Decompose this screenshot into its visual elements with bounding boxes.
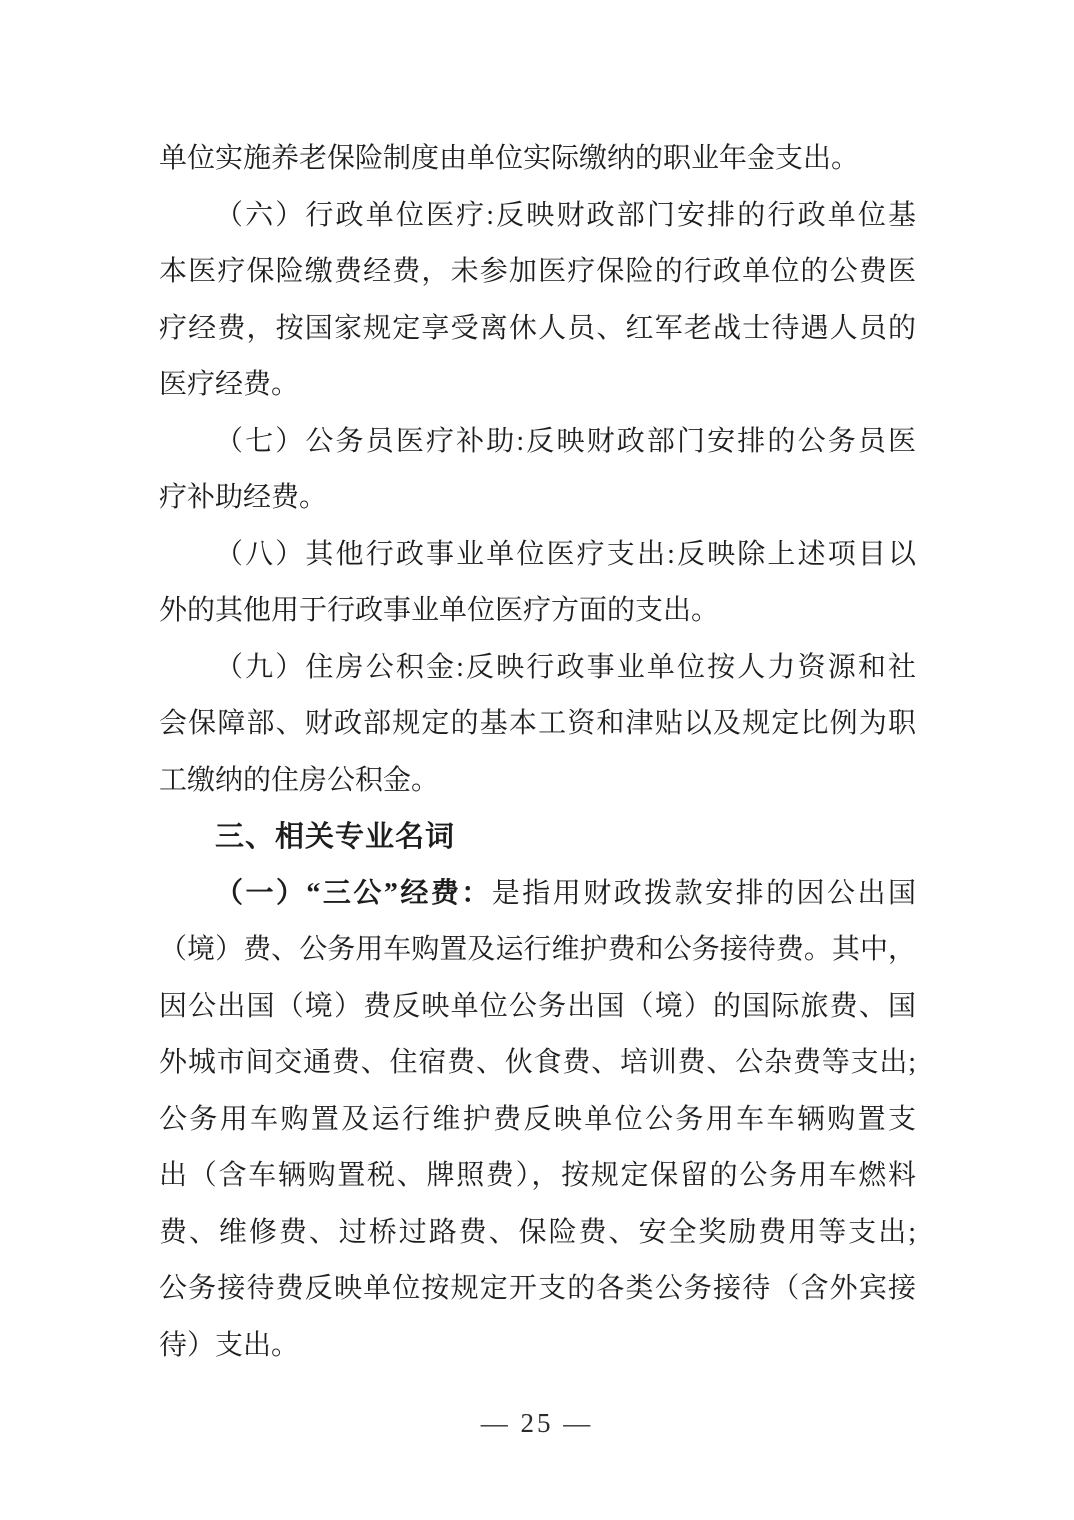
document-body: 单位实施养老保险制度由单位实际缴纳的职业年金支出。（六）行政单位医疗:反映财政部…: [159, 131, 916, 1374]
text-line: 费、维修费、过桥过路费、保险费、安全奖励费用等支出;: [159, 1205, 916, 1262]
text-line: （八）其他行政事业单位医疗支出:反映除上述项目以: [159, 527, 916, 584]
text-line: 出（含车辆购置税、牌照费），按规定保留的公务用车燃料: [159, 1148, 916, 1205]
text-line: 工缴纳的住房公积金。: [159, 753, 916, 810]
text-line: 会保障部、财政部规定的基本工资和津贴以及规定比例为职: [159, 696, 916, 753]
text-line: 单位实施养老保险制度由单位实际缴纳的职业年金支出。: [159, 131, 916, 188]
text-line: 待）支出。: [159, 1318, 916, 1375]
text-line: （境）费、公务用车购置及运行维护费和公务接待费。其中，: [159, 922, 916, 979]
text-line: （一）“三公”经费：是指用财政拨款安排的因公出国: [159, 866, 916, 923]
text-line: 公务用车购置及运行维护费反映单位公务用车车辆购置支: [159, 1092, 916, 1149]
text-line: 医疗经费。: [159, 357, 916, 414]
text-line: （六）行政单位医疗:反映财政部门安排的行政单位基: [159, 188, 916, 245]
text-line: 外的其他用于行政事业单位医疗方面的支出。: [159, 583, 916, 640]
section-heading: 三、相关专业名词: [159, 809, 916, 866]
text-line: （九）住房公积金:反映行政事业单位按人力资源和社: [159, 640, 916, 697]
text-line: 外城市间交通费、住宿费、伙食费、培训费、公杂费等支出;: [159, 1035, 916, 1092]
text-line: 疗经费，按国家规定享受离休人员、红军老战士待遇人员的: [159, 301, 916, 358]
text-line: 本医疗保险缴费经费，未参加医疗保险的行政单位的公费医: [159, 244, 916, 301]
text-line: 因公出国（境）费反映单位公务出国（境）的国际旅费、国: [159, 979, 916, 1036]
text-line: （七）公务员医疗补助:反映财政部门安排的公务员医: [159, 414, 916, 471]
text-line: 公务接待费反映单位按规定开支的各类公务接待（含外宾接: [159, 1261, 916, 1318]
page-number: — 25 —: [0, 1408, 1074, 1439]
term-definition: 是指用财政拨款安排的因公出国: [492, 878, 916, 909]
text-line: 疗补助经费。: [159, 470, 916, 527]
term-lead-in: （一）“三公”经费：: [215, 878, 492, 909]
